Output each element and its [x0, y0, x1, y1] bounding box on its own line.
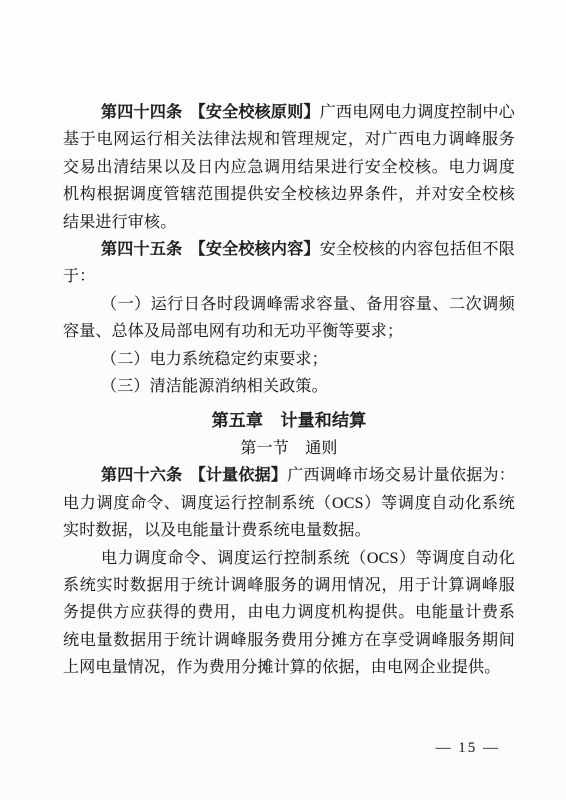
- article-46-paragraph: 第四十六条【计量依据】广西调峰市场交易计量依据为：电力调度命令、调度运行控制系统…: [63, 462, 515, 544]
- article-46-title: 【计量依据】: [190, 467, 288, 484]
- section-heading: 第一节 通则: [63, 435, 515, 462]
- article-44-paragraph: 第四十四条【安全校核原则】广西电网电力调度控制中心基于电网运行相关法律法规和管理…: [63, 99, 515, 236]
- article-46-number: 第四十六条: [101, 467, 182, 484]
- article-45-paragraph: 第四十五条【安全校核内容】安全校核的内容包括但不限于：: [63, 236, 515, 291]
- document-body: 第四十四条【安全校核原则】广西电网电力调度控制中心基于电网运行相关法律法规和管理…: [63, 99, 515, 682]
- article-44-number: 第四十四条: [101, 104, 182, 121]
- list-item-1: （一）运行日各时段调峰需求容量、备用容量、二次调频容量、总体及局部电网有功和无功…: [63, 291, 515, 346]
- list-item-2: （二）电力系统稳定约束要求；: [63, 346, 515, 373]
- closing-paragraph: 电力调度命令、调度运行控制系统（OCS）等调度自动化系统实时数据用于统计调峰服务…: [63, 545, 515, 682]
- article-45-number: 第四十五条: [101, 241, 182, 258]
- article-44-text: 广西电网电力调度控制中心基于电网运行相关法律法规和管理规定，对广西电力调峰服务交…: [63, 104, 515, 231]
- article-45-title: 【安全校核内容】: [190, 241, 320, 258]
- article-44-title: 【安全校核原则】: [190, 104, 320, 121]
- page-number: — 15 —: [436, 740, 501, 757]
- chapter-heading: 第五章 计量和结算: [63, 407, 515, 434]
- document-page: 第四十四条【安全校核原则】广西电网电力调度控制中心基于电网运行相关法律法规和管理…: [0, 0, 566, 800]
- list-item-3: （三）清洁能源消纳相关政策。: [63, 373, 515, 400]
